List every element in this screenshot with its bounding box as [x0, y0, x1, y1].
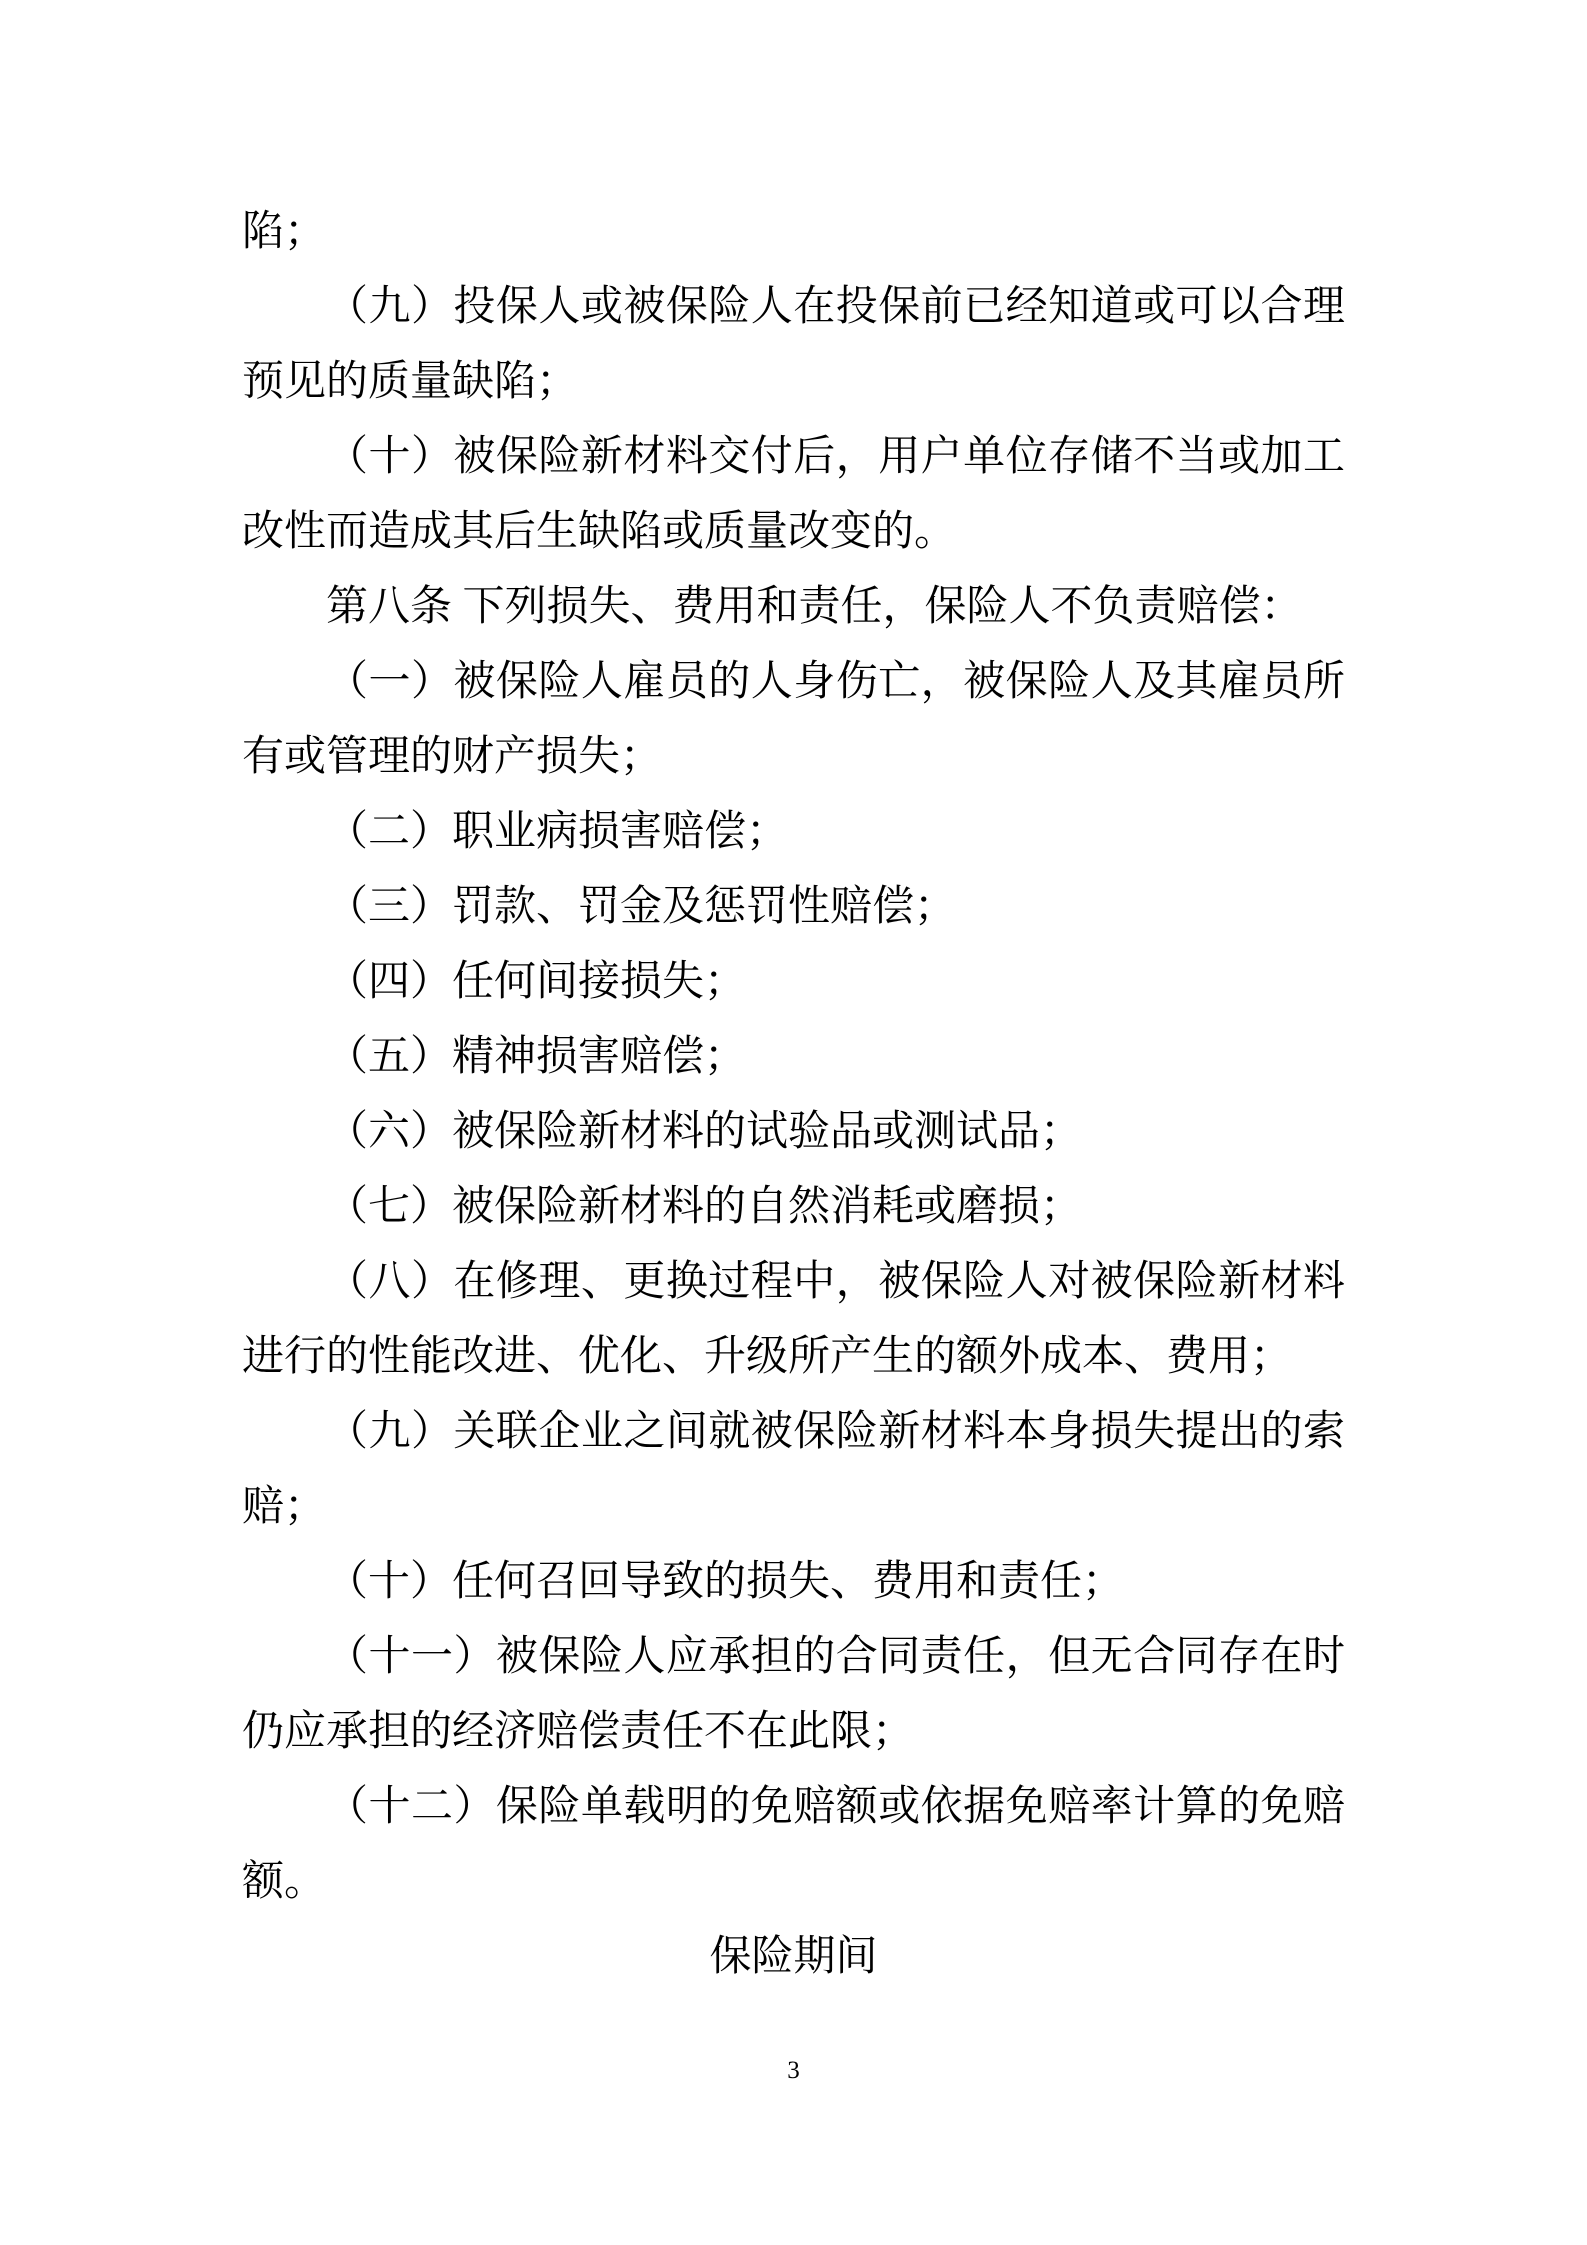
- text-line: （九）投保人或被保险人在投保前已经知道或可以合理: [242, 270, 1345, 345]
- text-line: 进行的性能改进、优化、升级所产生的额外成本、费用；: [242, 1320, 1345, 1395]
- body-lines: 陷；（九）投保人或被保险人在投保前已经知道或可以合理预见的质量缺陷；（十）被保险…: [242, 195, 1345, 1920]
- text-line: 有或管理的财产损失；: [242, 720, 1345, 795]
- text-line: （二）职业病损害赔偿；: [242, 795, 1345, 870]
- document-page: 陷；（九）投保人或被保险人在投保前已经知道或可以合理预见的质量缺陷；（十）被保险…: [0, 0, 1587, 2245]
- text-line: 改性而造成其后生缺陷或质量改变的。: [242, 495, 1345, 570]
- text-line: （三）罚款、罚金及惩罚性赔偿；: [242, 870, 1345, 945]
- text-line: 陷；: [242, 195, 1345, 270]
- text-line: （一）被保险人雇员的人身伤亡，被保险人及其雇员所: [242, 645, 1345, 720]
- text-line: （七）被保险新材料的自然消耗或磨损；: [242, 1170, 1345, 1245]
- text-line: （十）被保险新材料交付后，用户单位存储不当或加工: [242, 420, 1345, 495]
- text-line: 仍应承担的经济赔偿责任不在此限；: [242, 1695, 1345, 1770]
- document-body: 陷；（九）投保人或被保险人在投保前已经知道或可以合理预见的质量缺陷；（十）被保险…: [242, 195, 1345, 1995]
- text-line: （十一）被保险人应承担的合同责任，但无合同存在时: [242, 1620, 1345, 1695]
- text-line: （四）任何间接损失；: [242, 945, 1345, 1020]
- page-number: 3: [0, 2056, 1587, 2086]
- text-line: （六）被保险新材料的试验品或测试品；: [242, 1095, 1345, 1170]
- text-line: 第八条 下列损失、费用和责任，保险人不负责赔偿：: [242, 570, 1345, 645]
- text-line: 预见的质量缺陷；: [242, 345, 1345, 420]
- text-line: （八）在修理、更换过程中，被保险人对被保险新材料: [242, 1245, 1345, 1320]
- text-line: （十）任何召回导致的损失、费用和责任；: [242, 1545, 1345, 1620]
- text-line: （五）精神损害赔偿；: [242, 1020, 1345, 1095]
- text-line: （九）关联企业之间就被保险新材料本身损失提出的索: [242, 1395, 1345, 1470]
- text-line: （十二）保险单载明的免赔额或依据免赔率计算的免赔: [242, 1770, 1345, 1845]
- text-line: 额。: [242, 1845, 1345, 1920]
- text-line: 赔；: [242, 1470, 1345, 1545]
- section-heading: 保险期间: [242, 1920, 1345, 1995]
